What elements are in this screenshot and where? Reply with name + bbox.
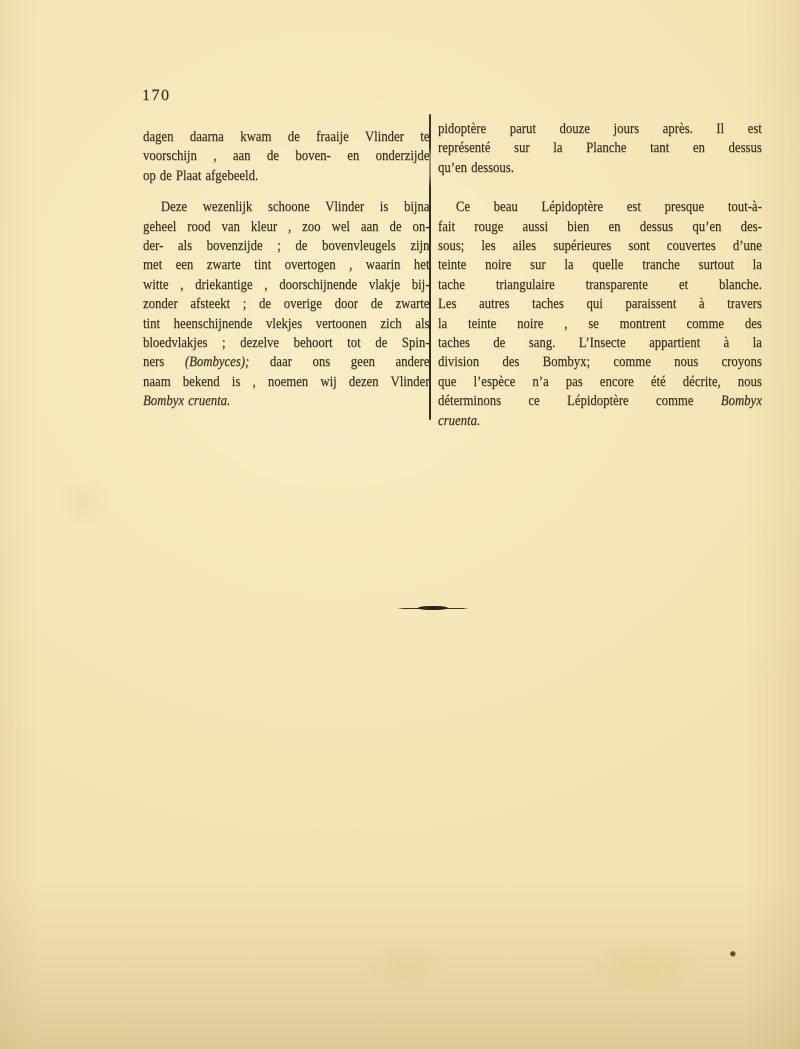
text-line: fait rouge aussi bien en dessus qu’en de… (438, 218, 762, 237)
text-line: dagen daarna kwam de fraaije Vlinder te (143, 128, 429, 147)
text-line: der- als bovenzijde ; de bovenvleugels z… (143, 237, 429, 256)
dutch-paragraph-1: dagen daarna kwam de fraaije Vlinder te … (143, 128, 429, 186)
text-line: met een zwarte tint overtogen , waarin h… (143, 256, 429, 275)
text-line: voorschijn , aan de boven- en onderzijde (143, 147, 429, 166)
species-name-bombyces: (Bombyces); (185, 354, 249, 370)
text-line: pidoptère parut douze jours après. Il es… (438, 120, 762, 139)
dutch-column: dagen daarna kwam de fraaije Vlinder te … (143, 128, 429, 412)
text-line: bloedvlakjes ; dezelve behoort tot de Sp… (143, 334, 429, 353)
text-line: Les autres taches qui paraissent à trave… (438, 295, 762, 314)
species-name-cruenta: cruenta. (438, 412, 762, 431)
text-line: teinte noire sur la quelle tranche surto… (438, 256, 762, 275)
text-line: sous; les ailes supérieures sont couvert… (438, 237, 762, 256)
text-line: witte , driekantige , doorschijnende vla… (143, 276, 429, 295)
text-segment: daar ons geen andere (249, 354, 429, 370)
book-page-scan: 170 dagen daarna kwam de fraaije Vlinder… (0, 0, 800, 1049)
text-line: que l’espèce n’a pas encore été décrite,… (438, 373, 762, 392)
french-paragraph-1: pidoptère parut douze jours après. Il es… (438, 120, 762, 178)
ink-speck (730, 951, 736, 957)
text-line: qu’en dessous. (438, 159, 762, 178)
text-line: op de Plaat afgebeeld. (143, 167, 429, 186)
paper-stain (585, 935, 705, 995)
text-line: tint heenschijnende vlekjes vertoonen zi… (143, 315, 429, 334)
text-line: ners (Bombyces); daar ons geen andere (143, 353, 429, 372)
column-divider-rule (429, 114, 431, 420)
divider-lens (418, 606, 448, 611)
text-line: zonder afsteekt ; de overige door de zwa… (143, 295, 429, 314)
text-line: représenté sur la Planche tant en dessus (438, 139, 762, 158)
text-line: la teinte noire , se montrent comme des (438, 315, 762, 334)
text-line: taches de sang. L’Insecte appartient à l… (438, 334, 762, 353)
text-line: tache triangulaire transparente et blanc… (438, 276, 762, 295)
species-name-bombyx: Bombyx (721, 393, 762, 409)
text-line: geheel rood van kleur , zoo wel aan de o… (143, 218, 429, 237)
page-number: 170 (142, 87, 171, 105)
section-divider-rule (397, 604, 469, 612)
text-line: déterminons ce Lépidoptère comme Bombyx (438, 392, 762, 411)
text-segment: déterminons ce Lépidoptère comme (438, 393, 721, 409)
dutch-paragraph-2: Deze wezenlijk schoone Vlinder is bijna … (143, 198, 429, 411)
french-paragraph-2: Ce beau Lépidoptère est presque tout-à- … (438, 198, 762, 431)
species-name-bombyx-cruenta: Bombyx cruenta. (143, 392, 429, 411)
text-line: Deze wezenlijk schoone Vlinder is bijna (143, 198, 429, 217)
text-line: Ce beau Lépidoptère est presque tout-à- (438, 198, 762, 217)
text-line: naam bekend is , noemen wij dezen Vlinde… (143, 373, 429, 392)
text-segment: ners (143, 354, 185, 370)
paper-stain (360, 940, 450, 990)
french-column: pidoptère parut douze jours après. Il es… (438, 120, 762, 431)
text-line: division des Bombyx; comme nous croyons (438, 353, 762, 372)
paper-stain (55, 480, 110, 525)
